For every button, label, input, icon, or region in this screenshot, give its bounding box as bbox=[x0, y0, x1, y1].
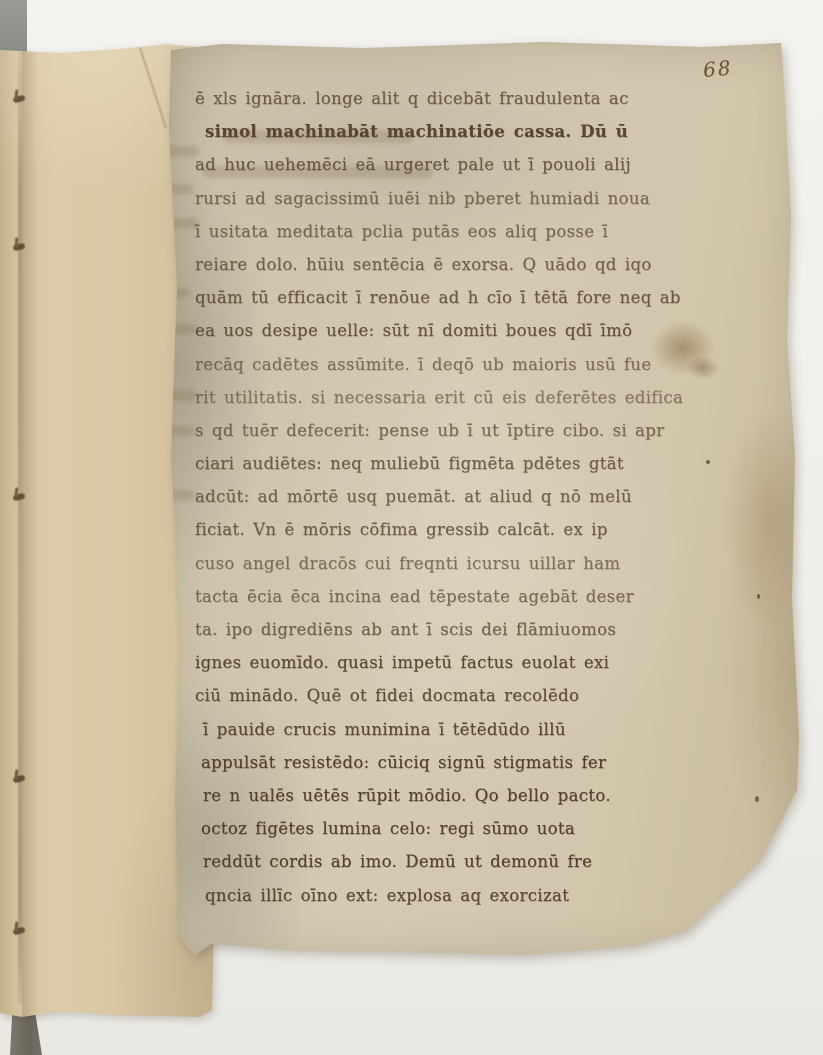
text-line: reddūt cordis ab imo. Demū ut demonū fre bbox=[195, 845, 681, 879]
text-line: qncia illīc oīno ext: explosa aq exorciz… bbox=[195, 878, 681, 912]
text-line: simol machinabāt machinatiōe cassa. Dū ū bbox=[195, 115, 681, 149]
manuscript-scan: 68 ē xls ignāra. longe alit q dicebāt fr… bbox=[0, 0, 823, 1055]
parchment-leaf: 68 ē xls ignāra. longe alit q dicebāt fr… bbox=[163, 38, 805, 964]
text-line: tacta ēcia ēca incina ead tēpestate ageb… bbox=[195, 579, 681, 613]
text-line: ī usitata meditata pclia putās eos aliq … bbox=[195, 214, 681, 248]
text-line: ī pauide crucis munimina ī tētēdūdo illū bbox=[195, 712, 681, 746]
text-line: s qd tuēr defecerit: pense ub ī ut īptir… bbox=[195, 413, 681, 447]
text-line: rit utilitatis. si necessaria erit cū ei… bbox=[195, 380, 681, 414]
bleedthrough-mark bbox=[157, 426, 195, 436]
text-line: cuso angel dracōs cui freqnti icursu uil… bbox=[195, 546, 681, 580]
ink-speck bbox=[757, 594, 760, 599]
text-line: reiare dolo. hūiu sentēcia ē exorsa. Q u… bbox=[195, 247, 681, 281]
text-line: ta. ipo digrediēns ab ant ī scis dei flā… bbox=[195, 613, 681, 647]
text-line: appulsāt resistēdo: cūiciq signū stigmat… bbox=[195, 745, 681, 779]
text-line: recāq cadētes assūmite. ī deqō ub maiori… bbox=[195, 347, 681, 381]
ink-speck bbox=[755, 796, 759, 802]
text-line: re n ualēs uētēs rūpit mōdio. Qo bello p… bbox=[195, 778, 681, 812]
text-line: quām tū efficacit ī renōue ad h cīo ī tē… bbox=[195, 281, 681, 315]
text-line: adcūt: ad mōrtē usq puemāt. at aliud q n… bbox=[195, 480, 681, 514]
text-line: ad huc uehemēci eā urgeret pale ut ī pou… bbox=[195, 148, 681, 182]
text-line: ea uos desipe uelle: sūt nī domiti boues… bbox=[195, 314, 681, 348]
bleedthrough-mark bbox=[157, 218, 199, 229]
text-line: octoz figētes lumina celo: regi sūmo uot… bbox=[195, 812, 681, 846]
text-line: ciari audiētes: neq muliebū figmēta pdēt… bbox=[195, 447, 681, 481]
text-line: ē xls ignāra. longe alit q dicebāt fraud… bbox=[195, 82, 681, 116]
text-line: ignes euomīdo. quasi impetū factus euola… bbox=[195, 646, 681, 680]
parchment-leaf-wrap: 68 ē xls ignāra. longe alit q dicebāt fr… bbox=[163, 38, 805, 964]
bleedthrough-mark bbox=[157, 324, 197, 334]
text-line: rursi ad sagacissimū iuēi nib pberet hum… bbox=[195, 181, 681, 215]
folio-number: 68 bbox=[702, 54, 750, 82]
text-line: ficiat. Vn ē mōris cōfima gressib calcāt… bbox=[195, 513, 681, 547]
text-block: ē xls ignāra. longe alit q dicebāt fraud… bbox=[195, 82, 681, 912]
text-line: ciū minādo. Quē ot fidei docmata recolēd… bbox=[195, 679, 681, 713]
ink-speck bbox=[706, 460, 710, 464]
spine-shadow bbox=[22, 44, 38, 1020]
